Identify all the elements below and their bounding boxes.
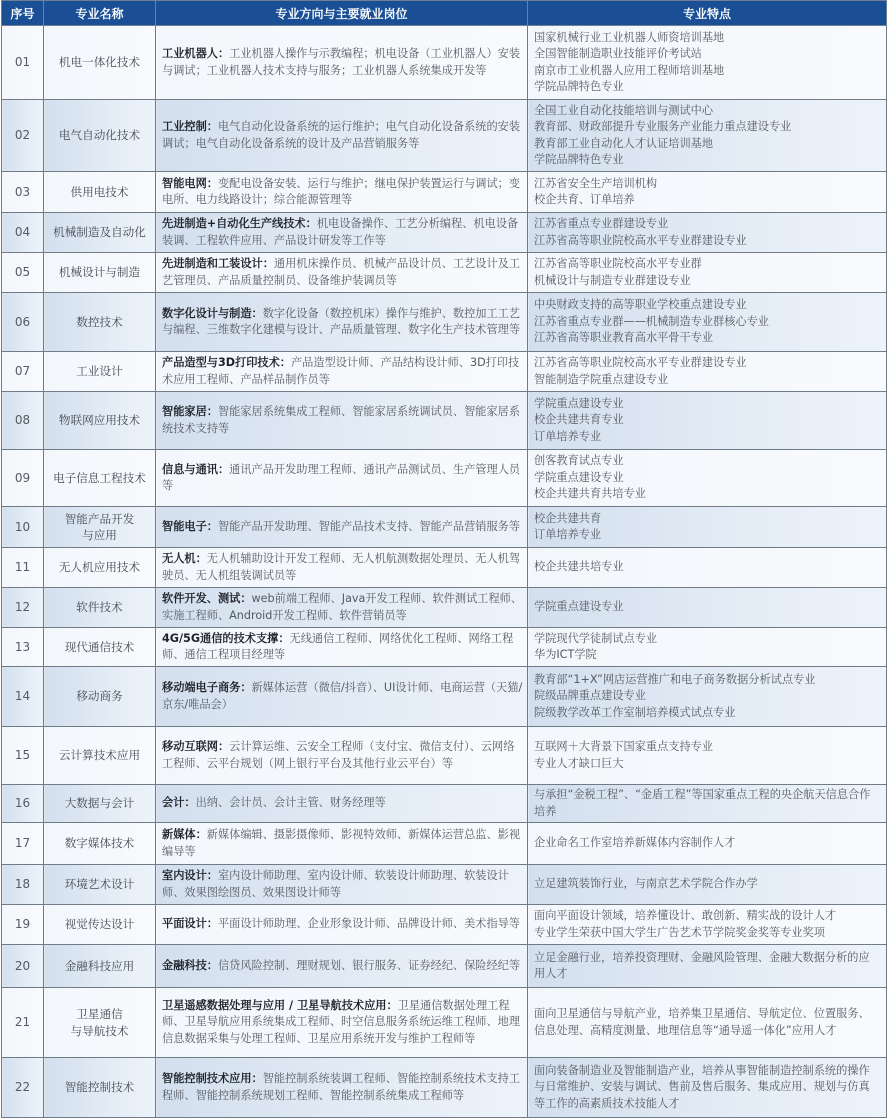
feature-item: 校企共建共育 bbox=[534, 511, 880, 528]
table-row: 10智能产品开发与应用智能电子：智能产品开发助理、智能产品技术支持、智能产品营销… bbox=[2, 507, 887, 548]
direction-jobs: 信贷风险控制、理财规划、银行服务、证券经纪、保险经纪等 bbox=[218, 959, 520, 972]
feature-item: 学院重点建设专业 bbox=[534, 470, 880, 487]
row-number: 17 bbox=[2, 823, 44, 865]
table-row: 14移动商务移动端电子商务：新媒体运营（微信/抖音）、UI设计师、电商运营（天猫… bbox=[2, 667, 887, 727]
features-cell: 学院重点建设专业校企共建共育专业订单培养专业 bbox=[528, 392, 887, 450]
row-number: 10 bbox=[2, 507, 44, 548]
row-number: 09 bbox=[2, 450, 44, 507]
table-row: 12软件技术软件开发、测试：web前端工程师、Java开发工程师、软件测试工程师… bbox=[2, 588, 887, 628]
direction-title: 智能控制技术应用： bbox=[162, 1072, 263, 1085]
feature-item: 专业学生荣获中国大学生广告艺术节学院奖金奖等专业奖项 bbox=[534, 925, 880, 942]
major-name: 物联网应用技术 bbox=[44, 392, 156, 450]
table-row: 22智能控制技术智能控制技术应用：智能控制系统装调工程师、智能控制系统技术支持工… bbox=[2, 1058, 887, 1118]
direction-title: 卫星遥感数据处理与应用 / 卫星导航技术应用： bbox=[162, 999, 398, 1012]
table-row: 17数字媒体技术新媒体：新媒体编辑、摄影摄像师、影视特效师、新媒体运营总监、影视… bbox=[2, 823, 887, 865]
features-cell: 国家机械行业工业机器人师资培训基地全国智能制造职业技能评价考试站南京市工业机器人… bbox=[528, 26, 887, 100]
direction-cell: 工业控制：电气自动化设备系统的运行维护；电气自动化设备系统的安装调试；电气自动化… bbox=[156, 100, 528, 172]
header-no: 序号 bbox=[2, 1, 44, 26]
direction-cell: 平面设计：平面设计师助理、企业形象设计师、品牌设计师、美术指导等 bbox=[156, 905, 528, 945]
direction-title: 移动互联网： bbox=[162, 740, 229, 753]
table-row: 08物联网应用技术智能家居：智能家居系统集成工程师、智能家居系统调试员、智能家居… bbox=[2, 392, 887, 450]
feature-item: 与承担“金税工程”、“金盾工程”等国家重点工程的央企航天信息合作培养 bbox=[534, 787, 880, 820]
feature-item: 江苏省重点专业群——机械制造专业群核心专业 bbox=[534, 314, 880, 331]
direction-cell: 先进制造+自动化生产线技术：机电设备操作、工艺分析编程、机电设备装调、工程软件应… bbox=[156, 213, 528, 253]
direction-cell: 新媒体：新媒体编辑、摄影摄像师、影视特效师、新媒体运营总监、影视编导等 bbox=[156, 823, 528, 865]
direction-cell: 智能控制技术应用：智能控制系统装调工程师、智能控制系统技术支持工程师、智能控制系… bbox=[156, 1058, 528, 1118]
direction-jobs: 新媒体编辑、摄影摄像师、影视特效师、新媒体运营总监、影视编导等 bbox=[162, 828, 520, 858]
direction-title: 信息与通讯： bbox=[162, 463, 229, 476]
row-number: 18 bbox=[2, 865, 44, 905]
major-name: 电气自动化技术 bbox=[44, 100, 156, 172]
row-number: 15 bbox=[2, 727, 44, 785]
features-cell: 校企共建共育订单培养专业 bbox=[528, 507, 887, 548]
major-name: 云计算技术应用 bbox=[44, 727, 156, 785]
direction-title: 软件开发、测试： bbox=[162, 592, 252, 605]
major-name: 数控技术 bbox=[44, 293, 156, 352]
direction-cell: 先进制造和工装设计：通用机床操作员、机械产品设计员、工艺设计及工艺管理员、产品质… bbox=[156, 253, 528, 293]
row-number: 12 bbox=[2, 588, 44, 628]
major-name: 数字媒体技术 bbox=[44, 823, 156, 865]
features-cell: 江苏省高等职业院校高水平专业群机械设计与制造专业群建设专业 bbox=[528, 253, 887, 293]
header-features: 专业特点 bbox=[528, 1, 887, 26]
direction-title: 平面设计： bbox=[162, 917, 218, 930]
feature-item: 江苏省安全生产培训机构 bbox=[534, 176, 880, 193]
direction-cell: 产品造型与3D打印技术：产品造型设计师、产品结构设计师、3D打印技术应用工程师、… bbox=[156, 352, 528, 392]
feature-item: 订单培养专业 bbox=[534, 429, 880, 446]
major-name: 无人机应用技术 bbox=[44, 548, 156, 588]
direction-cell: 金融科技：信贷风险控制、理财规划、银行服务、证券经纪、保险经纪等 bbox=[156, 945, 528, 988]
major-name: 现代通信技术 bbox=[44, 628, 156, 667]
features-cell: 教育部“1+X”网店运营推广和电子商务数据分析试点专业院级品牌重点建设专业院级教… bbox=[528, 667, 887, 727]
feature-item: 全国工业自动化技能培训与测试中心 bbox=[534, 103, 880, 120]
feature-item: 学院品牌特色专业 bbox=[534, 79, 880, 96]
table-row: 16大数据与会计会计：出纳、会计员、会计主管、财务经理等与承担“金税工程”、“金… bbox=[2, 785, 887, 823]
major-name-line: 与导航技术 bbox=[46, 1023, 153, 1040]
feature-item: 国家机械行业工业机器人师资培训基地 bbox=[534, 30, 880, 47]
major-name: 视觉传达设计 bbox=[44, 905, 156, 945]
table-row: 04机械制造及自动化先进制造+自动化生产线技术：机电设备操作、工艺分析编程、机电… bbox=[2, 213, 887, 253]
direction-cell: 智能电网：变配电设备安装、运行与维护；继电保护装置运行与调试；变电所、电力线路设… bbox=[156, 172, 528, 213]
features-cell: 面向卫星通信与导航产业，培养集卫星通信、导航定位、位置服务、信息处理、高精度测量… bbox=[528, 988, 887, 1058]
feature-item: 中央财政支持的高等职业学校重点建设专业 bbox=[534, 297, 880, 314]
direction-title: 数字化设计与制造： bbox=[162, 307, 263, 320]
header-name: 专业名称 bbox=[44, 1, 156, 26]
direction-title: 智能电网： bbox=[162, 177, 218, 190]
major-name: 机电一体化技术 bbox=[44, 26, 156, 100]
direction-cell: 信息与通讯：通讯产品开发助理工程师、通讯产品测试员、生产管理人员等 bbox=[156, 450, 528, 507]
direction-title: 智能电子： bbox=[162, 520, 218, 533]
direction-cell: 移动端电子商务：新媒体运营（微信/抖音）、UI设计师、电商运营（天猫/京东/唯品… bbox=[156, 667, 528, 727]
direction-cell: 4G/5G通信的技术支撑：无线通信工程师、网络优化工程师、网络工程师、通信工程项… bbox=[156, 628, 528, 667]
feature-item: 校企共建共培专业 bbox=[534, 559, 880, 576]
feature-item: 面向卫星通信与导航产业，培养集卫星通信、导航定位、位置服务、信息处理、高精度测量… bbox=[534, 1006, 880, 1039]
feature-item: 立足金融行业，培养投资理财、金融风险管理、金融大数据分析的应用人才 bbox=[534, 950, 880, 983]
features-cell: 江苏省重点专业群建设专业江苏省高等职业院校高水平专业群建设专业 bbox=[528, 213, 887, 253]
feature-item: 校企共育、订单培养 bbox=[534, 192, 880, 209]
row-number: 03 bbox=[2, 172, 44, 213]
table-header-row: 序号 专业名称 专业方向与主要就业岗位 专业特点 bbox=[2, 1, 887, 26]
feature-item: 学院重点建设专业 bbox=[534, 396, 880, 413]
direction-title: 会计： bbox=[162, 796, 196, 809]
direction-title: 先进制造和工装设计： bbox=[162, 257, 274, 270]
direction-title: 移动端电子商务： bbox=[162, 681, 252, 694]
row-number: 02 bbox=[2, 100, 44, 172]
features-cell: 面向平面设计领域，培养懂设计、敢创新、精实战的设计人才专业学生荣获中国大学生广告… bbox=[528, 905, 887, 945]
row-number: 11 bbox=[2, 548, 44, 588]
table-row: 06数控技术数字化设计与制造：数字化设备（数控机床）操作与维护、数控加工工艺与编… bbox=[2, 293, 887, 352]
major-name: 卫星通信与导航技术 bbox=[44, 988, 156, 1058]
row-number: 14 bbox=[2, 667, 44, 727]
direction-cell: 智能家居：智能家居系统集成工程师、智能家居系统调试员、智能家居系统技术支持等 bbox=[156, 392, 528, 450]
feature-item: 江苏省高等职业院校高水平专业群建设专业 bbox=[534, 233, 880, 250]
feature-item: 南京市工业机器人应用工程师培训基地 bbox=[534, 63, 880, 80]
feature-item: 机械设计与制造专业群建设专业 bbox=[534, 273, 880, 290]
feature-item: 互联网＋大背景下国家重点支持专业 bbox=[534, 739, 880, 756]
table-row: 15云计算技术应用移动互联网：云计算运维、云安全工程师（支付宝、微信支付）、云网… bbox=[2, 727, 887, 785]
feature-item: 江苏省高等职业院校高水平专业群 bbox=[534, 256, 880, 273]
feature-item: 江苏省高等职业教育高水平骨干专业 bbox=[534, 330, 880, 347]
direction-cell: 卫星遥感数据处理与应用 / 卫星导航技术应用：卫星通信数据处理工程师、卫星导航应… bbox=[156, 988, 528, 1058]
features-cell: 与承担“金税工程”、“金盾工程”等国家重点工程的央企航天信息合作培养 bbox=[528, 785, 887, 823]
header-direction: 专业方向与主要就业岗位 bbox=[156, 1, 528, 26]
direction-title: 4G/5G通信的技术支撑： bbox=[162, 632, 290, 645]
table-row: 05机械设计与制造先进制造和工装设计：通用机床操作员、机械产品设计员、工艺设计及… bbox=[2, 253, 887, 293]
direction-cell: 软件开发、测试：web前端工程师、Java开发工程师、软件测试工程师、实施工程师… bbox=[156, 588, 528, 628]
feature-item: 面向平面设计领域，培养懂设计、敢创新、精实战的设计人才 bbox=[534, 908, 880, 925]
major-name: 金融科技应用 bbox=[44, 945, 156, 988]
feature-item: 校企共建共育专业 bbox=[534, 412, 880, 429]
feature-item: 面向装备制造业及智能制造产业，培养从事智能制造控制系统的操作与日常维护、安装与调… bbox=[534, 1063, 880, 1113]
direction-jobs: 智能产品开发助理、智能产品技术支持、智能产品营销服务等 bbox=[218, 520, 520, 533]
features-cell: 江苏省高等职业院校高水平专业群建设专业智能制造学院重点建设专业 bbox=[528, 352, 887, 392]
table-row: 02电气自动化技术工业控制：电气自动化设备系统的运行维护；电气自动化设备系统的安… bbox=[2, 100, 887, 172]
major-name: 工业设计 bbox=[44, 352, 156, 392]
direction-title: 金融科技： bbox=[162, 959, 218, 972]
direction-cell: 智能电子：智能产品开发助理、智能产品技术支持、智能产品营销服务等 bbox=[156, 507, 528, 548]
row-number: 04 bbox=[2, 213, 44, 253]
direction-title: 室内设计： bbox=[162, 869, 218, 882]
row-number: 06 bbox=[2, 293, 44, 352]
table-row: 13现代通信技术4G/5G通信的技术支撑：无线通信工程师、网络优化工程师、网络工… bbox=[2, 628, 887, 667]
major-name: 智能控制技术 bbox=[44, 1058, 156, 1118]
feature-item: 学院品牌特色专业 bbox=[534, 152, 880, 169]
direction-title: 先进制造+自动化生产线技术： bbox=[162, 217, 317, 230]
row-number: 16 bbox=[2, 785, 44, 823]
row-number: 07 bbox=[2, 352, 44, 392]
table-row: 03供用电技术智能电网：变配电设备安装、运行与维护；继电保护装置运行与调试；变电… bbox=[2, 172, 887, 213]
features-cell: 创客教育试点专业学院重点建设专业校企共建共育共培专业 bbox=[528, 450, 887, 507]
row-number: 01 bbox=[2, 26, 44, 100]
direction-jobs: 平面设计师助理、企业形象设计师、品牌设计师、美术指导等 bbox=[218, 917, 520, 930]
feature-item: 教育部、财政部提升专业服务产业能力重点建设专业 bbox=[534, 119, 880, 136]
table-row: 20金融科技应用金融科技：信贷风险控制、理财规划、银行服务、证券经纪、保险经纪等… bbox=[2, 945, 887, 988]
direction-title: 新媒体： bbox=[162, 828, 207, 841]
feature-item: 立足建筑装饰行业，与南京艺术学院合作办学 bbox=[534, 876, 880, 893]
feature-item: 企业命名工作室培养新媒体内容制作人才 bbox=[534, 835, 880, 852]
feature-item: 创客教育试点专业 bbox=[534, 453, 880, 470]
direction-cell: 会计：出纳、会计员、会计主管、财务经理等 bbox=[156, 785, 528, 823]
feature-item: 订单培养专业 bbox=[534, 527, 880, 544]
features-cell: 中央财政支持的高等职业学校重点建设专业江苏省重点专业群——机械制造专业群核心专业… bbox=[528, 293, 887, 352]
features-cell: 立足建筑装饰行业，与南京艺术学院合作办学 bbox=[528, 865, 887, 905]
major-name-line: 与应用 bbox=[46, 527, 153, 544]
table-row: 21卫星通信与导航技术卫星遥感数据处理与应用 / 卫星导航技术应用：卫星通信数据… bbox=[2, 988, 887, 1058]
direction-jobs: 出纳、会计员、会计主管、财务经理等 bbox=[196, 796, 386, 809]
direction-cell: 工业机器人：工业机器人操作与示教编程；机电设备（工业机器人）安装与调试；工业机器… bbox=[156, 26, 528, 100]
table-body: 01机电一体化技术工业机器人：工业机器人操作与示教编程；机电设备（工业机器人）安… bbox=[2, 26, 887, 1118]
direction-title: 智能家居： bbox=[162, 405, 218, 418]
features-cell: 江苏省安全生产培训机构校企共育、订单培养 bbox=[528, 172, 887, 213]
major-name: 供用电技术 bbox=[44, 172, 156, 213]
row-number: 13 bbox=[2, 628, 44, 667]
major-name-line: 智能产品开发 bbox=[46, 511, 153, 528]
features-cell: 学院现代学徒制试点专业华为ICT学院 bbox=[528, 628, 887, 667]
major-name: 环境艺术设计 bbox=[44, 865, 156, 905]
direction-title: 产品造型与3D打印技术： bbox=[162, 356, 291, 369]
feature-item: 教育部工业自动化人才认证培训基地 bbox=[534, 136, 880, 153]
row-number: 08 bbox=[2, 392, 44, 450]
major-name: 机械设计与制造 bbox=[44, 253, 156, 293]
row-number: 05 bbox=[2, 253, 44, 293]
table-row: 07工业设计产品造型与3D打印技术：产品造型设计师、产品结构设计师、3D打印技术… bbox=[2, 352, 887, 392]
major-name: 机械制造及自动化 bbox=[44, 213, 156, 253]
direction-cell: 室内设计：室内设计师助理、室内设计师、软装设计师助理、软装设计师、效果图绘图员、… bbox=[156, 865, 528, 905]
features-cell: 学院重点建设专业 bbox=[528, 588, 887, 628]
table-row: 19视觉传达设计平面设计：平面设计师助理、企业形象设计师、品牌设计师、美术指导等… bbox=[2, 905, 887, 945]
features-cell: 立足金融行业，培养投资理财、金融风险管理、金融大数据分析的应用人才 bbox=[528, 945, 887, 988]
features-cell: 全国工业自动化技能培训与测试中心教育部、财政部提升专业服务产业能力重点建设专业教… bbox=[528, 100, 887, 172]
table-row: 18环境艺术设计室内设计：室内设计师助理、室内设计师、软装设计师助理、软装设计师… bbox=[2, 865, 887, 905]
feature-item: 江苏省高等职业院校高水平专业群建设专业 bbox=[534, 355, 880, 372]
features-cell: 面向装备制造业及智能制造产业，培养从事智能制造控制系统的操作与日常维护、安装与调… bbox=[528, 1058, 887, 1118]
major-name: 软件技术 bbox=[44, 588, 156, 628]
direction-cell: 数字化设计与制造：数字化设备（数控机床）操作与维护、数控加工工艺与编程、三维数字… bbox=[156, 293, 528, 352]
direction-jobs: 无人机辅助设计开发工程师、无人机航测数据处理员、无人机驾驶员、无人机组装调试员等 bbox=[162, 552, 520, 582]
table-row: 09电子信息工程技术信息与通讯：通讯产品开发助理工程师、通讯产品测试员、生产管理… bbox=[2, 450, 887, 507]
direction-title: 工业控制： bbox=[162, 120, 218, 133]
features-cell: 互联网＋大背景下国家重点支持专业专业人才缺口巨大 bbox=[528, 727, 887, 785]
direction-title: 无人机： bbox=[162, 552, 207, 565]
feature-item: 智能制造学院重点建设专业 bbox=[534, 372, 880, 389]
row-number: 19 bbox=[2, 905, 44, 945]
feature-item: 学院重点建设专业 bbox=[534, 599, 880, 616]
majors-table: 序号 专业名称 专业方向与主要就业岗位 专业特点 01机电一体化技术工业机器人：… bbox=[1, 0, 887, 1118]
feature-item: 华为ICT学院 bbox=[534, 647, 880, 664]
table-row: 01机电一体化技术工业机器人：工业机器人操作与示教编程；机电设备（工业机器人）安… bbox=[2, 26, 887, 100]
direction-cell: 无人机：无人机辅助设计开发工程师、无人机航测数据处理员、无人机驾驶员、无人机组装… bbox=[156, 548, 528, 588]
feature-item: 教育部“1+X”网店运营推广和电子商务数据分析试点专业 bbox=[534, 672, 880, 689]
table-row: 11无人机应用技术无人机：无人机辅助设计开发工程师、无人机航测数据处理员、无人机… bbox=[2, 548, 887, 588]
feature-item: 全国智能制造职业技能评价考试站 bbox=[534, 46, 880, 63]
feature-item: 校企共建共育共培专业 bbox=[534, 486, 880, 503]
row-number: 21 bbox=[2, 988, 44, 1058]
major-name: 智能产品开发与应用 bbox=[44, 507, 156, 548]
row-number: 22 bbox=[2, 1058, 44, 1118]
direction-title: 工业机器人： bbox=[162, 47, 229, 60]
direction-cell: 移动互联网：云计算运维、云安全工程师（支付宝、微信支付）、云网络工程师、云平台规… bbox=[156, 727, 528, 785]
feature-item: 专业人才缺口巨大 bbox=[534, 756, 880, 773]
major-name: 移动商务 bbox=[44, 667, 156, 727]
row-number: 20 bbox=[2, 945, 44, 988]
feature-item: 学院现代学徒制试点专业 bbox=[534, 631, 880, 648]
features-cell: 企业命名工作室培养新媒体内容制作人才 bbox=[528, 823, 887, 865]
feature-item: 江苏省重点专业群建设专业 bbox=[534, 216, 880, 233]
features-cell: 校企共建共培专业 bbox=[528, 548, 887, 588]
major-name: 大数据与会计 bbox=[44, 785, 156, 823]
feature-item: 院级品牌重点建设专业 bbox=[534, 688, 880, 705]
feature-item: 院级教学改革工作室制培养模式试点专业 bbox=[534, 705, 880, 722]
major-name: 电子信息工程技术 bbox=[44, 450, 156, 507]
major-name-line: 卫星通信 bbox=[46, 1006, 153, 1023]
